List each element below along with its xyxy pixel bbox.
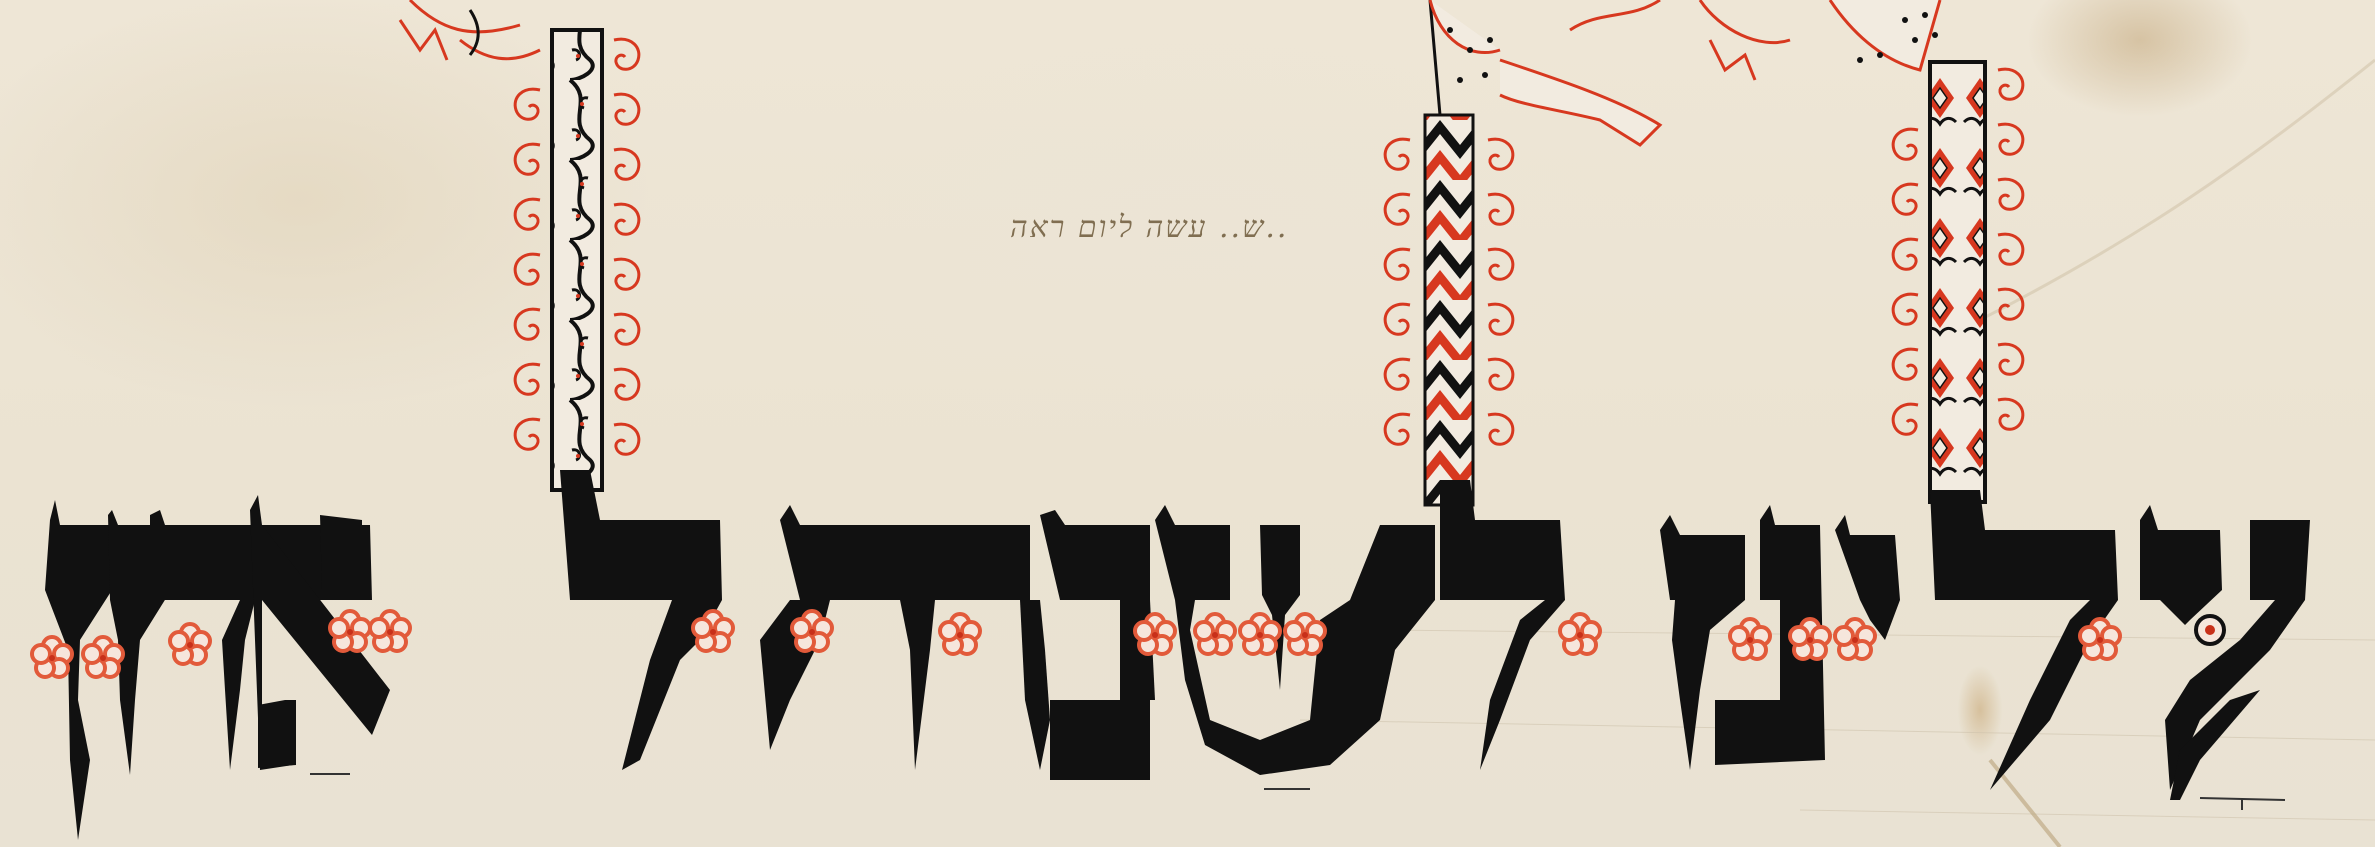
manuscript-page: עלינו לשבח לאדון ..ש.. עשה ליום ראה	[0, 0, 2375, 847]
illumination-layer	[0, 0, 2375, 847]
ayin-eye-ornament	[2196, 616, 2224, 644]
decorated-ascender-vine	[400, 0, 639, 490]
ink-marks	[310, 774, 2285, 810]
decorated-ascender-chevron	[1385, 0, 1660, 505]
calligraphy-text	[45, 470, 2310, 840]
decorated-ascender-diamond	[1700, 0, 2023, 502]
